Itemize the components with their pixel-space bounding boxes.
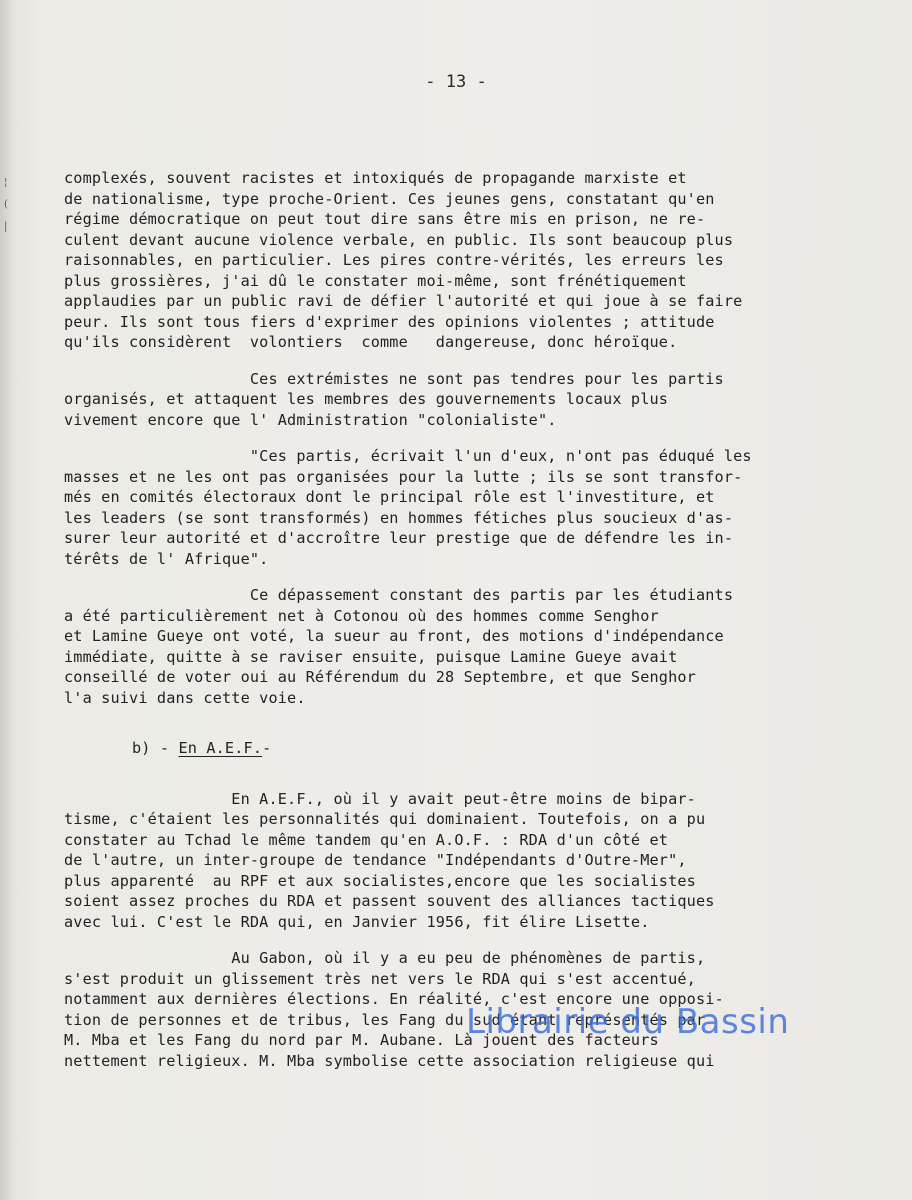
paragraph-1: complexés, souvent racistes et intoxiqué… [64,168,840,353]
heading-title: En A.E.F. [178,739,262,757]
text-line: Ces extrémistes ne sont pas tendres pour… [64,369,840,390]
text-line: applaudies par un public ravi de défier … [64,291,840,312]
text-line: plus grossières, j'ai dû le constater mo… [64,271,840,292]
heading-suffix: - [262,739,271,757]
section-gap [64,708,840,738]
text-line: de nationalisme, type proche-Orient. Ces… [64,189,840,210]
text-line: En A.E.F., où il y avait peut-être moins… [64,789,840,810]
paragraph-gap [64,430,840,446]
text-line: immédiate, quitte à se raviser ensuite, … [64,647,840,668]
text-line: surer leur autorité et d'accroître leur … [64,528,840,549]
text-line: Ce dépassement constant des partis par l… [64,585,840,606]
text-line: a été particulièrement net à Cotonou où … [64,606,840,627]
paragraph-5: En A.E.F., où il y avait peut-être moins… [64,789,840,933]
text-line: més en comités électoraux dont le princi… [64,487,840,508]
text-line: s'est produit un glissement très net ver… [64,969,840,990]
text-line: M. Mba et les Fang du nord par M. Aubane… [64,1030,840,1051]
text-line: et Lamine Gueye ont voté, la sueur au fr… [64,626,840,647]
text-line: plus apparenté au RPF et aux socialistes… [64,871,840,892]
paragraph-4: Ce dépassement constant des partis par l… [64,585,840,708]
text-line: l'a suivi dans cette voie. [64,688,840,709]
margin-mark: ¦ [4,172,8,194]
paragraph-gap [64,932,840,948]
text-line: les leaders (se sont transformés) en hom… [64,508,840,529]
text-line: qu'ils considèrent volontiers comme dang… [64,332,840,353]
text-line: tisme, c'étaient les personnalités qui d… [64,809,840,830]
text-line: notamment aux dernières élections. En ré… [64,989,840,1010]
section-gap [64,759,840,789]
paragraph-2: Ces extrémistes ne sont pas tendres pour… [64,369,840,431]
text-line: Au Gabon, où il y a eu peu de phénomènes… [64,948,840,969]
paragraph-gap [64,569,840,585]
heading-prefix: b) - [132,739,178,757]
text-line: constater au Tchad le même tandem qu'en … [64,830,840,851]
text-line: peur. Ils sont tous fiers d'exprimer des… [64,312,840,333]
paragraph-6: Au Gabon, où il y a eu peu de phénomènes… [64,948,840,1071]
text-line: organisés, et attaquent les membres des … [64,389,840,410]
text-line: masses et ne les ont pas organisées pour… [64,467,840,488]
text-line: "Ces partis, écrivait l'un d'eux, n'ont … [64,446,840,467]
text-line: vivement encore que l' Administration "c… [64,410,840,431]
text-line: nettement religieux. M. Mba symbolise ce… [64,1051,840,1072]
paragraph-gap [64,353,840,369]
margin-marks: ¦ ( | [4,172,8,238]
section-heading: b) - En A.E.F.- [64,738,840,759]
text-line: raisonnables, en particulier. Les pires … [64,250,840,271]
text-line: régime démocratique on peut tout dire sa… [64,209,840,230]
scanned-page: ¦ ( | - 13 - complexés, souvent racistes… [0,0,912,1200]
paragraph-3-quote: "Ces partis, écrivait l'un d'eux, n'ont … [64,446,840,569]
page-number: - 13 - [0,72,912,92]
text-line: de l'autre, un inter-groupe de tendance … [64,850,840,871]
document-body: complexés, souvent racistes et intoxiqué… [64,168,840,1071]
text-line: complexés, souvent racistes et intoxiqué… [64,168,840,189]
text-line: conseillé de voter oui au Référendum du … [64,667,840,688]
margin-mark: | [4,216,8,238]
text-line: culent devant aucune violence verbale, e… [64,230,840,251]
text-line: avec lui. C'est le RDA qui, en Janvier 1… [64,912,840,933]
text-line: soient assez proches du RDA et passent s… [64,891,840,912]
text-line: térêts de l' Afrique". [64,549,840,570]
margin-mark: ( [4,194,8,216]
text-line: tion de personnes et de tribus, les Fang… [64,1010,840,1031]
